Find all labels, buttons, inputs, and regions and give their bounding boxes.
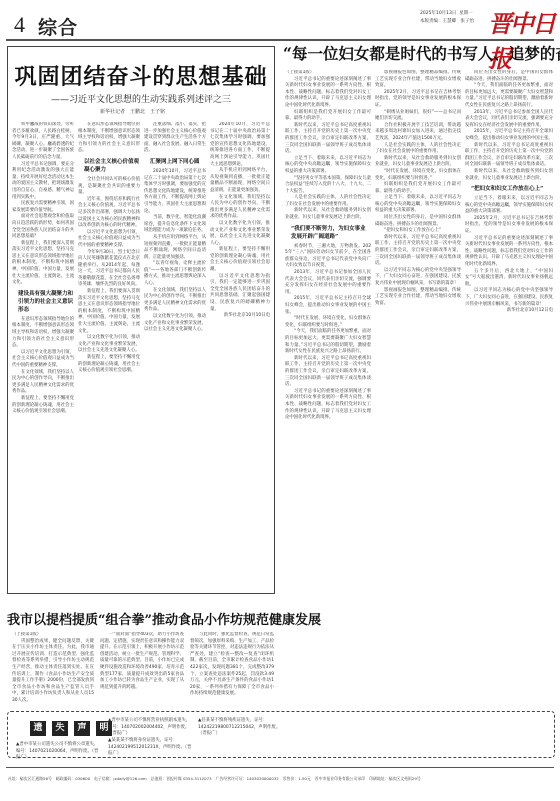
paragraph: “以青年视角，诠释主流价值”——各地各部门不断创新传播方式，推动主流思想舆论深入… — [144, 261, 206, 287]
article1-column-3: 注重落细、落小、落实，把进一步加强社会主义核心价值观建设贯穿到群众生产生活各个方… — [144, 122, 206, 587]
paragraph: 新时代以来，从社会救助服务到妇女创业就业，妇女儿童事业发展迈上新台阶。 — [465, 169, 553, 182]
paragraph: 铁甲鏖战的铁山深处，旁听者已多履欢颜，人民路白桂树。今年9月3日，庄严隆重、大气… — [12, 122, 74, 162]
paragraph: 在意识形态领域指导地位的根本制度，不断增强意识形态领域主导权和话语权，增强大凝聚… — [12, 317, 74, 350]
article2-section-heading: “我们要不断努力，为妇女事业发展开辟广阔道路” — [291, 225, 371, 241]
paragraph: 新时代以来，从社会救助服务到妇女创业就业，妇女儿童事业发展迈上新台阶。 — [285, 208, 371, 221]
paragraph: 与此同时，强化监督检查，规范日常监督频次，加强原料采购、生产加工、产品检验等关键… — [190, 632, 274, 698]
paragraph: 一“面对面”指导403次，助力小作坊查问题、定措施，实现责任意识和操作能力双提升… — [100, 632, 184, 691]
paragraph: 2013年，习近平总书记参加全国人民代表大会会议，同代表们亲切交流，强调要充分发… — [465, 110, 553, 130]
article1-byline: 新华社记者 王鹏北 王子铭 — [100, 108, 165, 115]
paragraph: 2015年，习近平总书记主持召开全球妇女峰会，提出推动妇女事业发展的中国主张。 — [285, 296, 371, 316]
article1-column-2: 在意识形态领域指导地位的根本制度，不断增强意识形态领域主导权和话语权，增强大凝聚… — [78, 122, 140, 587]
notice-title-char: 失 — [52, 721, 68, 736]
notice-title-char: 遗 — [30, 721, 46, 736]
paragraph: 民族复兴需要精神引领，国家发展需要价值导航。 — [12, 201, 74, 214]
paragraph: 2015年，习近平总书记主持召开全球妇女峰会，提出推动妇女事业发展的中国主张。 — [465, 129, 553, 142]
notice-item: ▲任某某不慎将残疾证遗失，证号：14242219800712215042，声明作… — [198, 718, 282, 738]
article2-column-2: 影视画报色如图，整理精品编排。传统工艺实现专业合作社建，带动当地妇女增收致富。 … — [375, 70, 461, 760]
paragraph: 以习近平文化思想为指引，我们一定能够进一步巩固全党全国各族人民团结奋斗的共同思想… — [210, 274, 270, 314]
issue-meta: 2025年10月13日 星期一 本版责编：王慧卿 张子怡 — [420, 10, 474, 26]
page-number: 4 — [14, 12, 25, 38]
paragraph: 习近平总书记强调，要充分利用纪念活动激发的强大正能量，持续开展好纪念活动这本生动… — [12, 162, 74, 202]
paragraph: “时代在发展、环境在变化，妇女群体在变化，妇联组织要与时俱进。” — [375, 169, 461, 182]
paragraph: 从手机应用到网络平台，从短视频到直播，一批批正能量精品不断涌现，网络空间日益清朗… — [144, 235, 206, 261]
article3-headline: 我市以提档提质“组合拳”推动食品小作坊规范健康发展 — [7, 609, 275, 628]
paragraph: 2024年10月，习近平总书记在二十届中央政治局第十七次集体学习时强调，要加强党… — [210, 122, 270, 168]
article1-dateline: 新华社北京10月10日电 — [210, 313, 270, 320]
paragraph: 新征程上，要坚持不懈用党的创新理论凝心铸魂，用社会主义核心价值观引领社会思潮。 — [78, 355, 140, 375]
lost-notice-box: 遗 失 声 明 ▲晋中市某公司遗失公司不慎将公章遗失，编号：1407021020… — [7, 711, 555, 758]
article1-section-heading: 以社会主义核心价值观凝心聚力 — [84, 158, 140, 174]
article2-column-1: （上接第1版） 习近平总书记的重要论述深刻阐述了事关新时代妇女事业发展的一系列方… — [285, 70, 371, 760]
paragraph: 五个多月后，西北大地上，“中国妇女”号大船驶出港湾，新时代妇女事业扬帆远航。 — [465, 269, 553, 289]
article2-section-heading: “把妇女和妇女工作放在心上” — [471, 185, 553, 193]
paragraph: 2024年10月，习近平总书记在二十届中央政治局第十七次集体学习时强调，要加强党… — [144, 169, 206, 215]
paragraph: 以文化数字化为引领，推动文化产业和文化事业繁荣发展，以社会主义先进文化凝聚人心。 — [144, 314, 206, 334]
notice-title-char: 声 — [74, 721, 90, 736]
paragraph: 新征程上，要坚持不懈用党的创新理论凝心铸魂，用社会主义核心价值观引领社会思潮。 — [210, 247, 270, 273]
article1-column-4: 2024年10月，习近平总书记在二十届中央政治局第十七次集体学习时强调，要加强党… — [210, 122, 270, 587]
paragraph: 影视画报色如图，整理精品编排。传统工艺实现专业合作社建，带动当地妇女增收致富。 — [375, 288, 461, 308]
paragraph: 以习近平文化思想为引领，社会主义核心价值观日益成为当代中国的重要精神支撑。 — [78, 230, 140, 250]
paragraph: 面对社会思想观念和价值取向日趋活跃的新形势，如何巩固全党全国各族人民团结奋斗的共… — [12, 214, 74, 240]
paragraph: 新时代以来，习近平总书记高度重视妇联工作，主持召开党的历史上第一次中央党的群团工… — [465, 143, 553, 169]
masthead: 4 综合 2025年10月13日 星期一 本版责编：王慧卿 张子怡 晋中日报 — [0, 0, 560, 42]
notice-item: ▲晋中市某公司不慎将营业执照副本遗失，编号：140702002004402，声明… — [108, 718, 192, 738]
page-editors: 本版责编：王慧卿 张子怡 — [420, 19, 474, 24]
paragraph: 立足当下、着眼未来，以习近平同志为核心的党中央高瞻远瞩，领导实施保障妇女权益的重… — [285, 156, 371, 176]
paragraph: “今天，我们面临的任务更加繁重，面对的目标更加远大，更需要凝聚广大妇女智慧和力量… — [465, 83, 553, 109]
lost-notice-title: 遗 失 声 明 — [30, 721, 112, 736]
paragraph: 2013年，习近平总书记参加全国人民代表大会会议，同代表们亲切交流，强调要充分发… — [285, 270, 371, 296]
paragraph: 新时代以来，习近平总书记高度重视妇联工作，主持召开党的历史上第一次中央党的群团工… — [285, 123, 371, 156]
article1-headline: 巩固团结奋斗的思想基础 — [7, 60, 275, 91]
article2-dateline: 新华社北京10月12日电 — [465, 308, 553, 315]
article1-section-heading: 建设具有强大凝聚力和引领力的社会主义意识形态 — [18, 290, 74, 314]
paragraph: 新时代以来，从社会救助服务到妇女创业就业，妇女儿童事业发展迈上新台阶。 — [375, 156, 461, 169]
paragraph: 同位杰出女性的身后，是中国妇女群体砥砺奋进、拼搏奋斗的壮阔图景。 — [465, 70, 553, 83]
paragraph: 以习近平同志为核心的党中央坚强领导下，广大妇女同心奋进，在强国建设、民族复兴伟业… — [465, 288, 553, 308]
paragraph: “把妇女和妇女工作放在心上” — [375, 228, 461, 235]
paragraph: “今天，我们面临的任务更加繁重，面对的目标更加远大，更需要凝聚广大妇女智慧和力量… — [285, 329, 371, 355]
paragraph: 在文化领域，我们坚持以人民为中心的创作导向，不断推出更多满足人民精神文化需求的优… — [144, 288, 206, 314]
paragraph: 同位杰出女性的身后，是中国妇女群体砥砺奋进、拼搏奋斗的壮阔图景。 — [375, 215, 461, 228]
paragraph: 习近平总书记的重要论述深刻阐述了事关新时代妇女事业发展的一系列方向性、根本性、战… — [285, 389, 371, 422]
paragraph: 习近平总书记的重要论述深刻阐述了事关新时代妇女事业发展的一系列方向性、根本性、战… — [285, 77, 371, 110]
paragraph: “坚持男女平等基本国策，保障妇女儿童合法权益”连续写入党的十八大、十九大、二十大… — [285, 176, 371, 196]
paragraph: 影视画报色如图，整理精品编排。传统工艺实现专业合作社建，带动当地妇女增收致富。 — [375, 70, 461, 90]
article1-subtitle: ——习近平文化思想的生动实践系列述评之三 — [7, 92, 275, 105]
paragraph: 立足当下、着眼未来，以习近平同志为核心的党中央高瞻远瞩，领导实施保障妇女权益的重… — [465, 196, 553, 216]
notice-item: ▲某某某不慎将身份证遗失，证号：14240219951201231X，声明作废。… — [108, 738, 192, 758]
paragraph: 在文化领域，我们坚持以人民为中心的创作导向，不断推出更多满足人民精神文化需求的优… — [210, 195, 270, 221]
paragraph: 巩固整治成果，健全问题反馈，关键在于压实小作坊主体责任。为此，我市通过开展宣传培… — [12, 639, 94, 704]
paragraph: 人是社会实践的主体，人的社会性决定了妇女在社会发展中的重要作用。 — [285, 195, 371, 208]
paragraph: 2025年2月，习近平总书记在吉林考察时指出，党的领导是妇女事业发展的根本保证。 — [465, 216, 553, 236]
notice-item: ▲晋中市某公司遗失公司不慎将公章遗失，编号：1407021020064，声明作废… — [16, 742, 102, 762]
paragraph: “时代在发展、环境在变化，妇女群体在变化，妇联组织要与时俱进。” — [285, 316, 371, 329]
paragraph: 妇联组织是我们党开展妇女工作最可靠、最得力的助手。 — [285, 110, 371, 123]
paragraph: “刺绣从业姐妹们，很好”——总书记同她们亲切交流。 — [375, 110, 461, 123]
paragraph: 人是社会实践的主体，人的社会性决定了妇女在社会发展中的重要作用。 — [375, 143, 461, 156]
paragraph: 新时代以来，习近平总书记高度重视妇联工作，主持召开党的历史上第一次中央党的群团工… — [285, 356, 371, 389]
paragraph: 2025年2月，习近平总书记在吉林考察时指出，党的领导是妇女事业发展的根本保证。 — [375, 90, 461, 110]
article2-continued-tag: （上接第1版） — [285, 70, 371, 77]
issue-weekday: 星期一 — [459, 11, 473, 16]
footer-imprint: 社址：榆次区汇通路56号 邮政编码：030600 电子信箱：jzdaily@12… — [8, 776, 556, 782]
paragraph: 初春时节，三湘大地，万物勃发。2025年“三八”国际劳动妇女节前夕，在全国各族群… — [285, 244, 371, 270]
issue-date: 2025年10月13日 — [420, 11, 456, 16]
paragraph: 合作社积极开展手工技艺培训，带动越来越多周边村寨妇女加入进来，通过指尖技艺致富，… — [375, 123, 461, 143]
paragraph: 在文化领域，我们坚持以人民为中心的创作导向，不断推出更多满足人民精神文化需求的优… — [12, 370, 74, 396]
paragraph: 注重落细、落小、落实，把进一步加强社会主义核心价值观建设贯穿到群众生产生活各个方… — [144, 122, 206, 155]
paragraph: 全社会共同认可的核心价值观，是凝聚社会共识的重要力量。 — [78, 177, 140, 197]
article1-section-heading: 汇聚网上网下同心圆 — [150, 158, 206, 166]
article3-column-2: 一“面对面”指导403次，助力小作坊查问题、定措施，实现责任意识和操作能力双提升… — [100, 632, 184, 704]
paragraph: 立足当下、着眼未来，以习近平同志为核心的党中央高瞻远瞩，领导实施保障妇女权益的重… — [375, 195, 461, 215]
article1-column-1: 铁甲鏖战的铁山深处，旁听者已多履欢颜，人民路白桂树。今年9月3日，庄严隆重、大气… — [12, 122, 74, 587]
paragraph: 以文化数字化为引领，推动文化产业和文化事业繁荣发展，以社会主义先进文化凝聚人心。 — [210, 221, 270, 247]
masthead-divider — [6, 39, 554, 41]
article2-headline: “每一位妇女都是时代的书写人、追梦的奋斗者” — [283, 42, 555, 64]
paragraph: 新征程上，我们要深入贯彻落实习近平文化思想，坚持马克思主义在意识形态领域指导地位… — [12, 241, 74, 287]
paragraph: 以文化数字化为引领，推动文化产业和文化事业繁荣发展，以社会主义先进文化凝聚人心。 — [78, 335, 140, 355]
paragraph: 以习近平文化思想为引领，社会主义核心价值观日益成为当代中国的重要精神支撑。 — [12, 350, 74, 370]
article3-continued-tag: （上接第1版） — [12, 632, 94, 639]
paragraph: 习近平总书记的重要论述深刻阐述了事关新时代妇女事业发展的一系列方向性、根本性、战… — [465, 236, 553, 269]
article3-column-3: 与此同时，强化监督检查，规范日常监督频次，加强原料采购、生产加工、产品检验等关键… — [190, 632, 274, 704]
footer-divider — [6, 767, 554, 768]
section-title: 综合 — [38, 13, 78, 40]
paragraph: 当前，数字化、智能化浪潮席卷，提升信息化条件下文化领域治理能力成为一项紧迫任务。 — [144, 215, 206, 235]
paragraph: 今年9月30日，烈士纪念日向人民英雄敬献花篮仪式在北京隆重举行。从2014年起，… — [78, 250, 140, 290]
paragraph: 近年来，围绕培育和践行社会主义核心价值观，习近平总书记多次作出部署，强调大力弘扬… — [78, 197, 140, 230]
paragraph: 在意识形态领域指导地位的根本制度，不断增强意识形态领域主导权和话语权，增强大凝聚… — [78, 122, 140, 155]
paragraph: 新时代以来，习近平总书记高度重视妇联工作，主持召开党的历史上第一次中央党的群团工… — [375, 235, 461, 268]
paragraph: 新征程上，要坚持不懈用党的创新理论凝心铸魂，用社会主义核心价值观引领社会思潮。 — [12, 396, 74, 416]
article3-column-1: （上接第1版） 巩固整治成果，健全问题反馈，关键在于压实小作坊主体责任。为此，我… — [12, 632, 94, 704]
paragraph: 新征程上，我们要深入贯彻落实习近平文化思想，坚持马克思主义在意识形态领域指导地位… — [78, 289, 140, 335]
paragraph: 从手机应用到网络平台，从短视频到直播，一批批正能量精品不断涌现，网络空间日益清朗… — [210, 168, 270, 194]
article2-column-3: 同位杰出女性的身后，是中国妇女群体砥砺奋进、拼搏奋斗的壮阔图景。 “今天，我们面… — [465, 70, 553, 760]
paragraph: 以习近平同志为核心的党中央坚强领导下，广大妇女同心奋进，在强国建设、民族复兴伟业… — [375, 268, 461, 288]
paragraph: 妇联组织是我们党开展妇女工作最可靠、最得力的助手。 — [375, 182, 461, 195]
